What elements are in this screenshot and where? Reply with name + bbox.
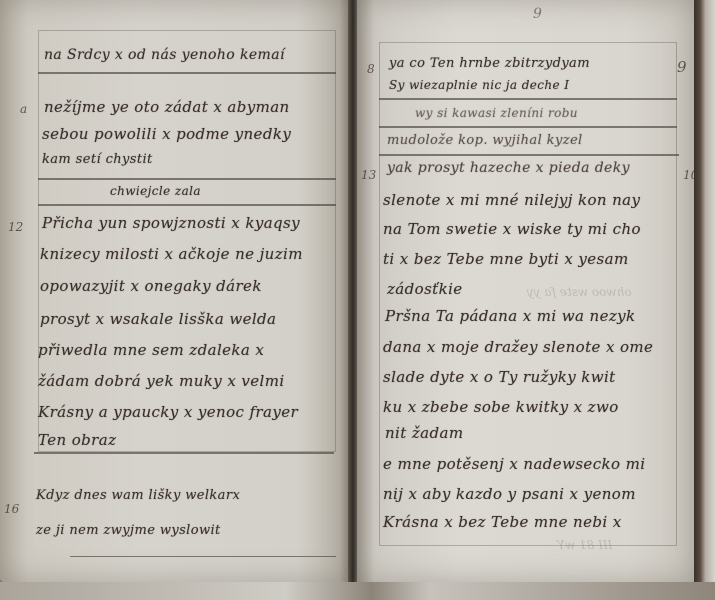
left-margin-number-12: 12 xyxy=(8,220,23,234)
left-page: na Srdcy x od nás yenoho kemaí a nežíjme… xyxy=(0,0,350,582)
right-line-7: na Tom swetie x wiske ty mi cho xyxy=(383,220,641,238)
right-rule-2 xyxy=(379,126,677,128)
right-line-2: Sy wiezaplnie nic ja deche I xyxy=(389,78,569,92)
left-line-10: Krásny a ypaucky x yenoc frayer xyxy=(38,403,298,421)
right-line-11: dana x moje dražey slenote x ome xyxy=(383,338,653,356)
left-rule-1 xyxy=(38,72,336,74)
right-line-14: nit žadam xyxy=(385,424,463,442)
page-bottom-edges xyxy=(0,582,715,600)
left-line-2: sebou powolili x podme ynedky xyxy=(42,125,291,143)
bleed-through-text-1: ohwoo wste fa yy xyxy=(527,285,632,299)
left-line-3: kam setí chystit xyxy=(42,152,153,167)
right-margin-number-8: 8 xyxy=(367,62,375,76)
right-line-8: ti x bez Tebe mne byti x yesam xyxy=(383,250,629,268)
left-rule-4 xyxy=(34,452,334,454)
right-line-13: ku x zbebe sobe kwitky x zwo xyxy=(383,398,619,416)
right-page-number: 9 xyxy=(533,6,542,22)
left-margin-number-16: 16 xyxy=(4,502,19,516)
left-line-6: opowazyjit x onegaky dárek xyxy=(40,277,262,295)
left-line-8: přiwedla mne sem zdaleka x xyxy=(38,341,264,359)
right-line-5: yak prosyt hazeche x pieda deky xyxy=(387,160,630,176)
open-manuscript: na Srdcy x od nás yenoho kemaí a nežíjme… xyxy=(0,0,715,600)
right-line-6: slenote x mi mné nilejyj kon nay xyxy=(383,191,640,209)
right-line-12: slade dyte x o Ty ružyky kwit xyxy=(383,368,616,386)
right-line-15: e mne potěsenj x nadewsecko mi xyxy=(383,455,645,473)
left-line-4: Přicha yun spowjznosti x kyaqsy xyxy=(42,214,300,232)
right-rule-3 xyxy=(379,154,679,156)
left-line-5: knizecy milosti x ačkoje ne juzim xyxy=(40,245,303,263)
left-line-13: ze ji nem zwyjme wyslowit xyxy=(36,523,221,538)
left-line-7: prosyt x wsakale lisška welda xyxy=(40,310,276,328)
left-rule-5 xyxy=(70,556,336,557)
left-rule-2 xyxy=(38,178,336,180)
right-line-9: zádosťkie xyxy=(387,280,463,298)
left-header-text: na Srdcy x od nás yenoho kemaí xyxy=(44,47,285,63)
bleed-through-text-2: III 81 wY xyxy=(557,538,612,552)
right-line-16: nij x aby kazdo y psani x yenom xyxy=(383,485,636,503)
left-line-12: Kdyz dnes wam lišky welkarx xyxy=(36,488,240,503)
right-rule-1 xyxy=(379,98,677,100)
left-line-9: žádam dobrá yek muky x velmi xyxy=(38,372,285,390)
left-rule-3 xyxy=(38,204,336,206)
right-line-3: wy si kawasi zleníni robu xyxy=(415,106,578,120)
right-margin-number-9: 9 xyxy=(677,58,687,76)
left-line-11: Ten obraz xyxy=(38,431,116,449)
right-line-17: Krásna x bez Tebe mne nebi x xyxy=(383,513,622,531)
right-line-10: Pršna Ta pádana x mi wa nezyk xyxy=(385,307,636,325)
left-line-1: nežíjme ye oto zádat x abyman xyxy=(44,98,290,116)
left-section-heading: chwiejcle zala xyxy=(110,184,201,198)
right-line-1: ya co Ten hrnbe zbitrzydyam xyxy=(389,56,590,71)
left-margin-number-a: a xyxy=(20,102,27,116)
book-cover-edge xyxy=(694,0,715,600)
right-page: 9 8 9 ya co Ten hrnbe zbitrzydyam Sy wie… xyxy=(357,0,695,582)
right-line-4: mudolože kop. wyjihal kyzel xyxy=(387,133,583,148)
right-margin-number-13: 13 xyxy=(361,168,376,182)
